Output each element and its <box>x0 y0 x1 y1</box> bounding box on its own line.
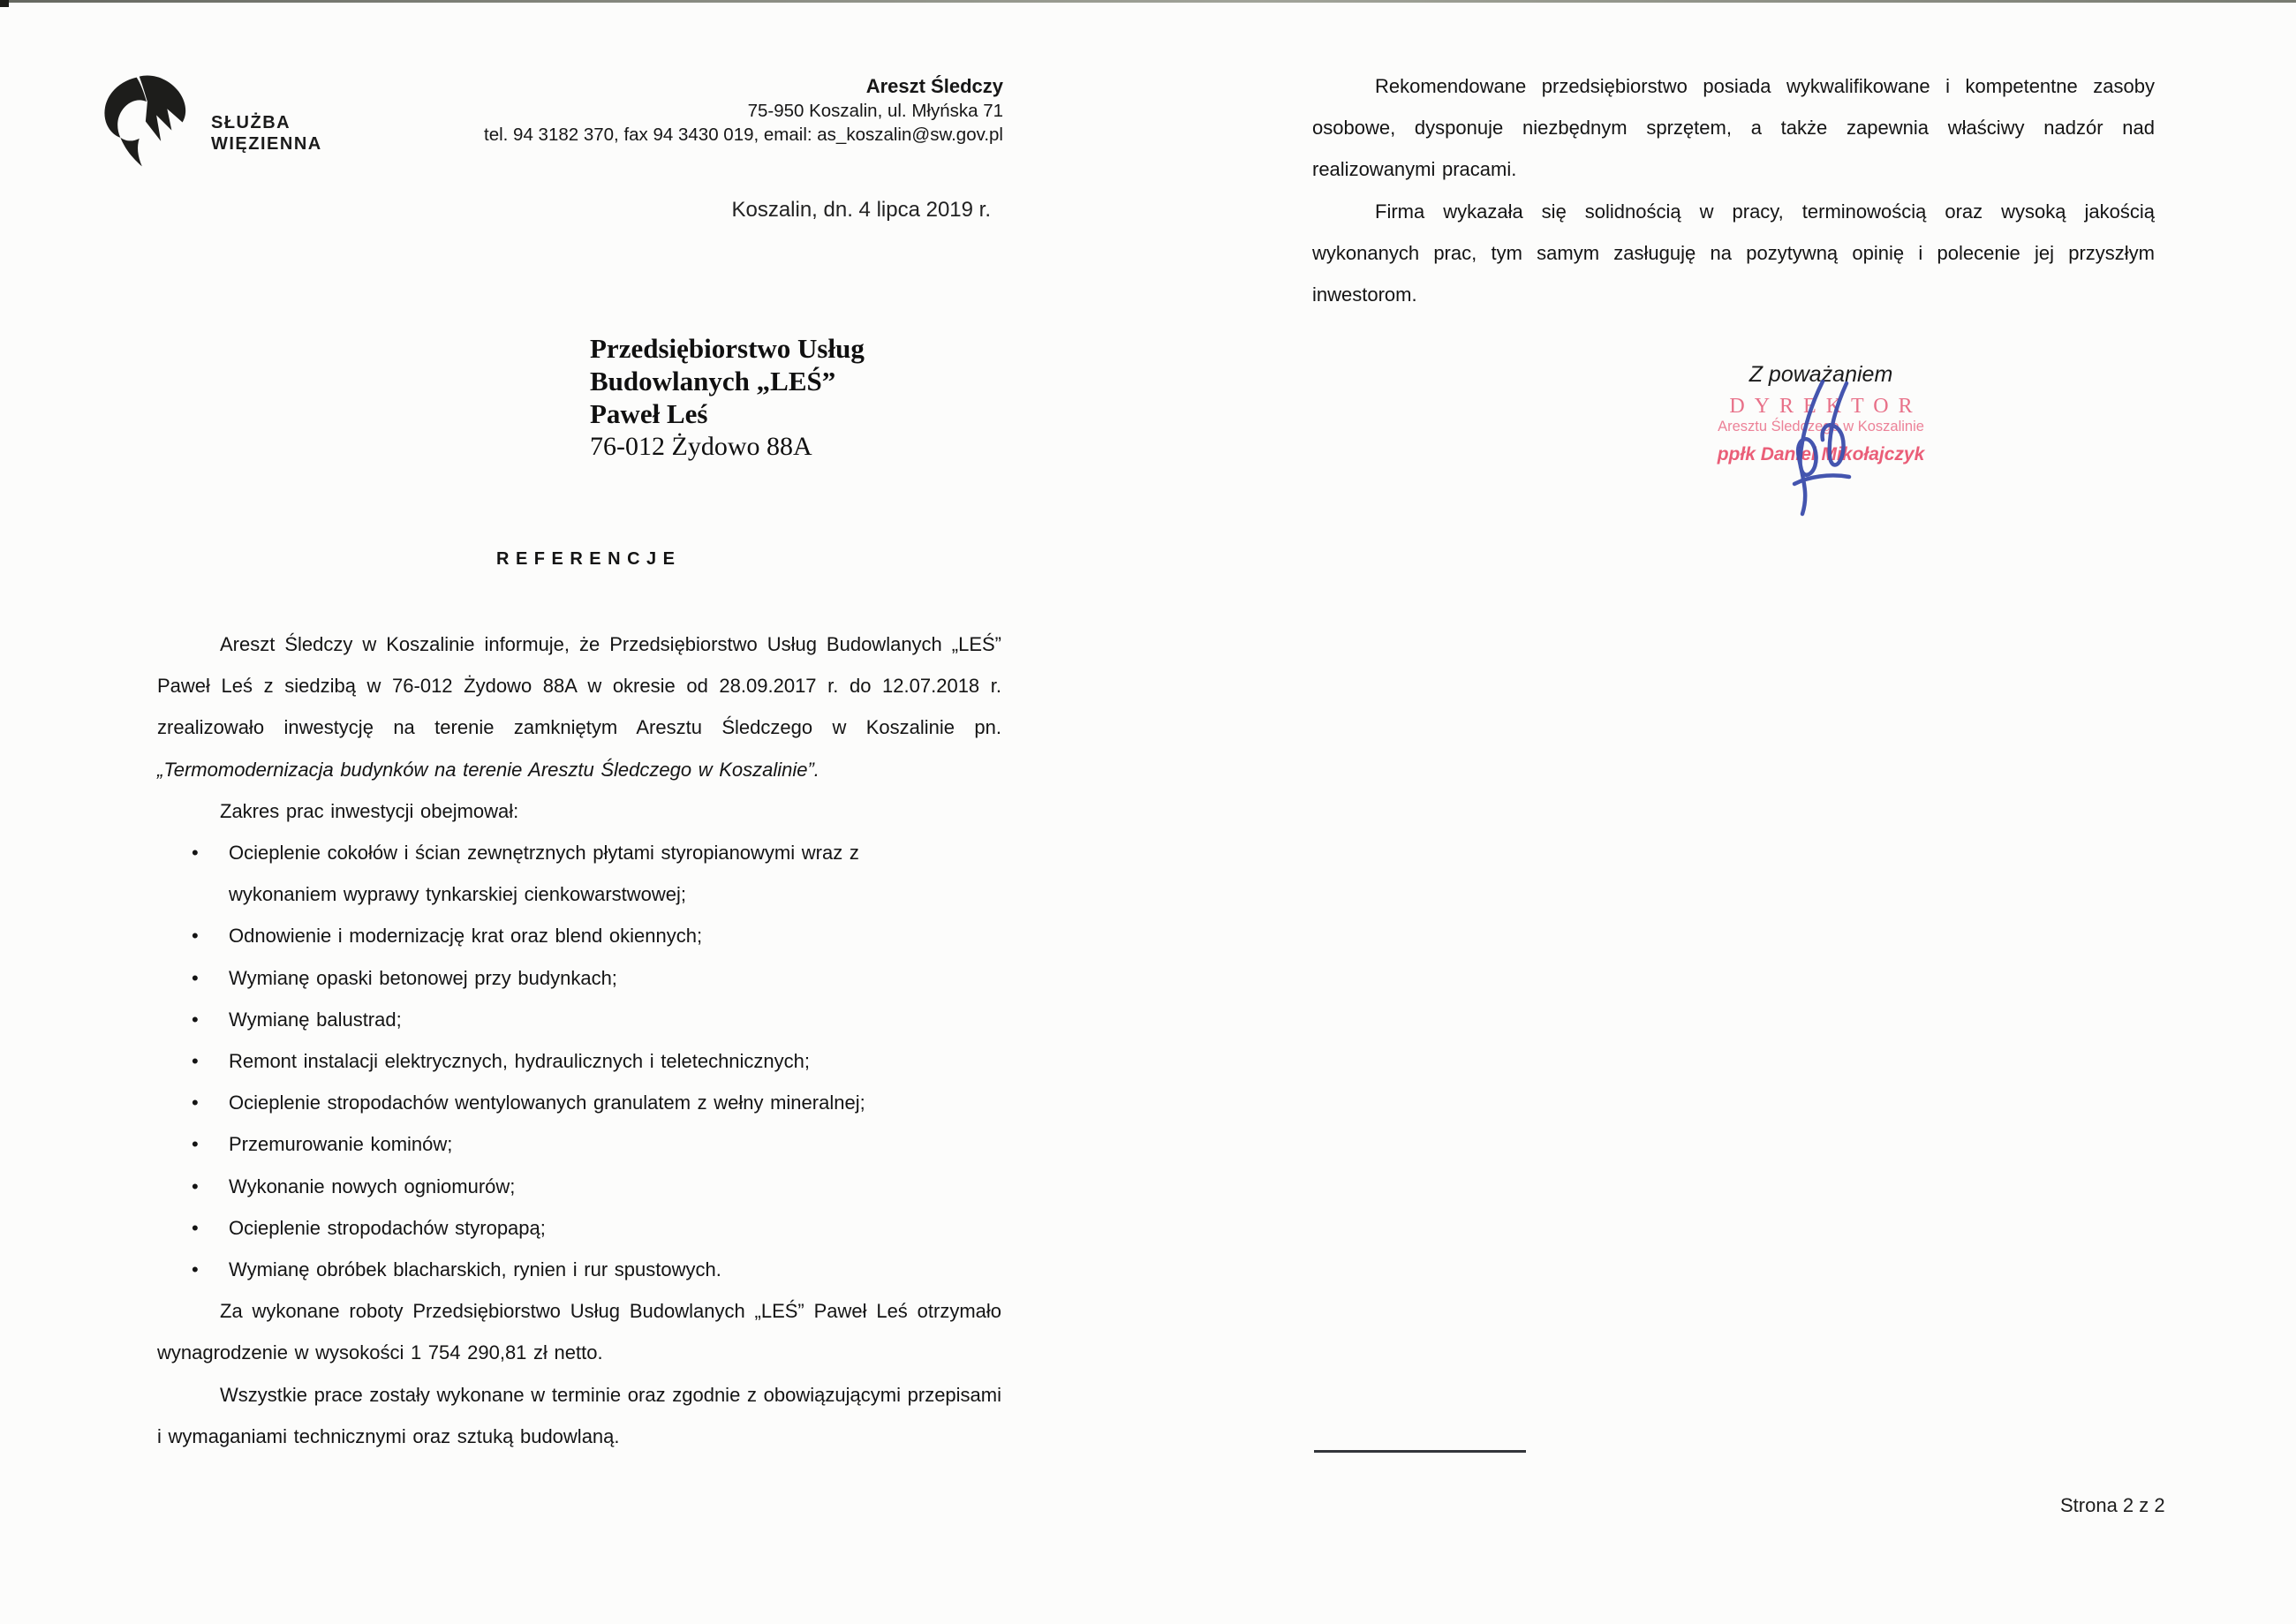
logo-text-line2: WIĘZIENNA <box>211 133 322 155</box>
recipient-line1: Przedsiębiorstwo Usług <box>590 332 865 365</box>
scope-heading: Zakres prac inwestycji obejmował: <box>157 790 1001 832</box>
prison-service-eagle-icon <box>102 74 201 170</box>
recipient-address-block: Przedsiębiorstwo Usług Budowlanych „LEŚ”… <box>590 332 865 463</box>
letter-body-page1: Areszt Śledczy w Koszalinie informuje, ż… <box>157 623 1001 1457</box>
org-name: Areszt Śledczy <box>477 74 1003 99</box>
signature-line <box>1314 1450 1526 1453</box>
scope-item: Ocieplenie stropodachów styropapą; <box>157 1207 934 1249</box>
scope-item: Ocieplenie cokołów i ścian zewnętrznych … <box>157 832 934 915</box>
scanned-reference-letter: SŁUŻBA WIĘZIENNA Areszt Śledczy 75-950 K… <box>0 0 2296 1624</box>
scan-corner-artifact <box>0 0 9 7</box>
handwritten-signature <box>1768 378 1872 517</box>
recipient-line3: Paweł Leś <box>590 397 865 430</box>
scope-item: Remont instalacji elektrycznych, hydraul… <box>157 1040 934 1082</box>
scope-item: Przemurowanie kominów; <box>157 1123 934 1165</box>
document-title: REFERENCJE <box>496 549 681 570</box>
scope-item: Wymianę obróbek blacharskich, rynien i r… <box>157 1249 934 1290</box>
project-title: „Termomodernizacja budynków na terenie A… <box>157 759 819 781</box>
scope-item: Wymianę opaski betonowej przy budynkach; <box>157 957 934 999</box>
recipient-line2: Budowlanych „LEŚ” <box>590 365 865 397</box>
scope-item: Odnowienie i modernizację krat oraz blen… <box>157 915 934 956</box>
letter-body-page2: Rekomendowane przedsiębiorstwo posiada w… <box>1312 65 2155 315</box>
scan-edge-artifact <box>0 0 2296 3</box>
recommendation-paragraph-1: Rekomendowane przedsiębiorstwo posiada w… <box>1312 65 2155 191</box>
prison-service-logo-text: SŁUŻBA WIĘZIENNA <box>211 112 322 155</box>
scope-of-works-list: Ocieplenie cokołów i ścian zewnętrznych … <box>157 832 934 1290</box>
org-contact: tel. 94 3182 370, fax 94 3430 019, email… <box>477 123 1003 147</box>
scope-item: Ocieplenie stropodachów wentylowanych gr… <box>157 1082 934 1123</box>
date-line: Koszalin, dn. 4 lipca 2019 r. <box>477 198 991 223</box>
recipient-line4: 76-012 Żydowo 88A <box>590 430 865 463</box>
intro-paragraph: Areszt Śledczy w Koszalinie informuje, ż… <box>157 623 1001 790</box>
logo-text-line1: SŁUŻBA <box>211 112 322 133</box>
intro-text: Areszt Śledczy w Koszalinie informuje, ż… <box>157 633 1001 738</box>
recommendation-paragraph-2: Firma wykazała się solidnością w pracy, … <box>1312 191 2155 316</box>
letterhead-org-block: Areszt Śledczy 75-950 Koszalin, ul. Młyń… <box>477 74 1003 147</box>
payment-paragraph: Za wykonane roboty Przedsiębiorstwo Usłu… <box>157 1290 1001 1373</box>
closing-paragraph: Wszystkie prace zostały wykonane w termi… <box>157 1374 1001 1457</box>
page-number: Strona 2 z 2 <box>2060 1494 2165 1517</box>
scope-item: Wymianę balustrad; <box>157 999 934 1040</box>
scope-item: Wykonanie nowych ogniomurów; <box>157 1166 934 1207</box>
org-address: 75-950 Koszalin, ul. Młyńska 71 <box>477 99 1003 123</box>
